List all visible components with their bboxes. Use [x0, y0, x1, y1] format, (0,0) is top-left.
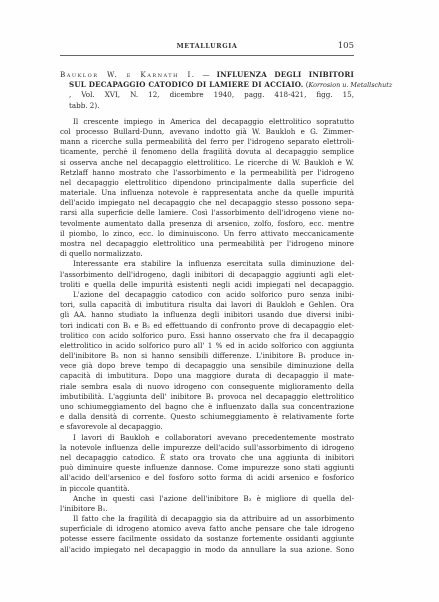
paragraph-4: I lavori di Baukloh e collaboratori avev… — [60, 433, 354, 494]
journal-name: Korrosion u. Metallschutz — [309, 81, 393, 89]
article-heading-line-2: SUL DECAPAGGIO CATODICO DI LAMIERE DI AC… — [60, 80, 354, 90]
article-authors: Bauklor W. e Karnath I. — [60, 70, 196, 79]
running-header: METALLURGIA 105 — [60, 42, 354, 54]
citation-line: u. Metallschutz, Vol. XVI, N. 12, dicemb… — [60, 90, 354, 100]
paragraph-6: Il fatto che la fragilità di decapaggio … — [60, 514, 354, 555]
document-page: METALLURGIA 105 Bauklor W. e Karnath I. … — [0, 0, 439, 602]
paragraph-3: L'azione del decapaggio catodico con aci… — [60, 290, 354, 433]
article-title: INFLUENZA DEGLI INIBITORI — [217, 70, 354, 79]
paragraph-1: Il crescente impiego in America del deca… — [60, 117, 354, 260]
page-number: 105 — [338, 41, 354, 51]
paragraph-2: Interessante era stabilire la influenza … — [60, 259, 354, 290]
article-body: Bauklor W. e Karnath I. — INFLUENZA DEGL… — [60, 70, 354, 555]
citation-end: tabb. 2). — [60, 101, 354, 111]
running-title: METALLURGIA — [60, 42, 354, 50]
citation-details: , Vol. XVI, N. 12, dicembre 1940, pagg. … — [69, 90, 354, 99]
article-title-cont: SUL DECAPAGGIO CATODICO DI LAMIERE DI AC… — [69, 80, 303, 89]
paragraph-5: Anche in questi casi l'azione dell'inibi… — [60, 494, 354, 514]
article-heading-line-1: Bauklor W. e Karnath I. — INFLUENZA DEGL… — [60, 70, 354, 80]
header-rule — [60, 55, 354, 56]
